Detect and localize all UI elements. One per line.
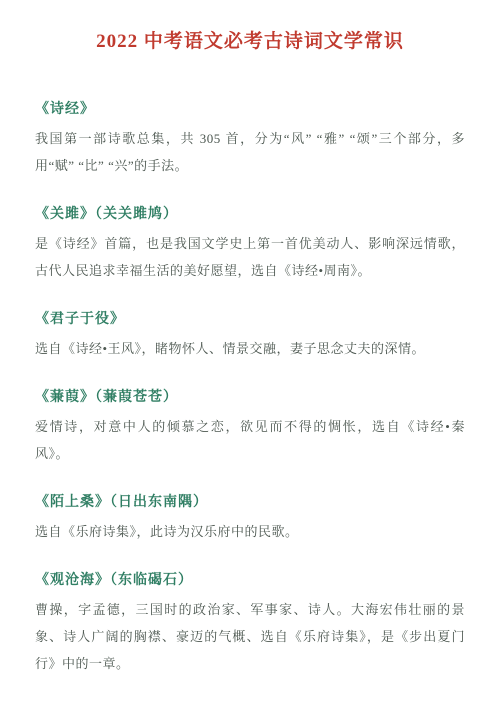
section-jianjia: 《蒹葭》（蒹葭苍苍） 爱情诗，对意中人的倾慕之恋，欲见而不得的惆怅，选自《诗经•… xyxy=(35,388,465,467)
section-heading: 《观沧海》（东临碣石） xyxy=(35,571,465,591)
section-body: 选自《乐府诗集》，此诗为汉乐府中的民歌。 xyxy=(35,518,465,545)
section-heading: 《关雎》（关关雎鸠） xyxy=(35,205,465,225)
section-heading: 《君子于役》 xyxy=(35,310,465,330)
section-heading: 《蒹葭》（蒹葭苍苍） xyxy=(35,388,465,408)
section-guancanghai: 《观沧海》（东临碣石） 曹操，字孟德，三国时的政治家、军事家、诗人。大海宏伟壮丽… xyxy=(35,571,465,677)
section-body: 我国第一部诗歌总集，共 305 首，分为“风” “雅” “颂”三个部分，多用“赋… xyxy=(35,125,465,179)
document-title: 2022 中考语文必考古诗词文学常识 xyxy=(35,30,465,54)
section-moshangsang: 《陌上桑》（日出东南隅） 选自《乐府诗集》，此诗为汉乐府中的民歌。 xyxy=(35,493,465,545)
section-body: 是《诗经》首篇，也是我国文学史上第一首优美动人、影响深远情歌，古代人民追求幸福生… xyxy=(35,230,465,284)
section-shijing: 《诗经》 我国第一部诗歌总集，共 305 首，分为“风” “雅” “颂”三个部分… xyxy=(35,100,465,179)
section-body: 曹操，字孟德，三国时的政治家、军事家、诗人。大海宏伟壮丽的景象、诗人广阔的胸襟、… xyxy=(35,596,465,677)
section-heading: 《诗经》 xyxy=(35,100,465,120)
section-body: 选自《诗经•王风》，睹物怀人、情景交融，妻子思念丈夫的深情。 xyxy=(35,335,465,362)
section-junziyuyi: 《君子于役》 选自《诗经•王风》，睹物怀人、情景交融，妻子思念丈夫的深情。 xyxy=(35,310,465,362)
section-guanju: 《关雎》（关关雎鸠） 是《诗经》首篇，也是我国文学史上第一首优美动人、影响深远情… xyxy=(35,205,465,284)
section-body: 爱情诗，对意中人的倾慕之恋，欲见而不得的惆怅，选自《诗经•秦风》。 xyxy=(35,413,465,467)
document-page: 2022 中考语文必考古诗词文学常识 《诗经》 我国第一部诗歌总集，共 305 … xyxy=(0,0,500,707)
section-heading: 《陌上桑》（日出东南隅） xyxy=(35,493,465,513)
